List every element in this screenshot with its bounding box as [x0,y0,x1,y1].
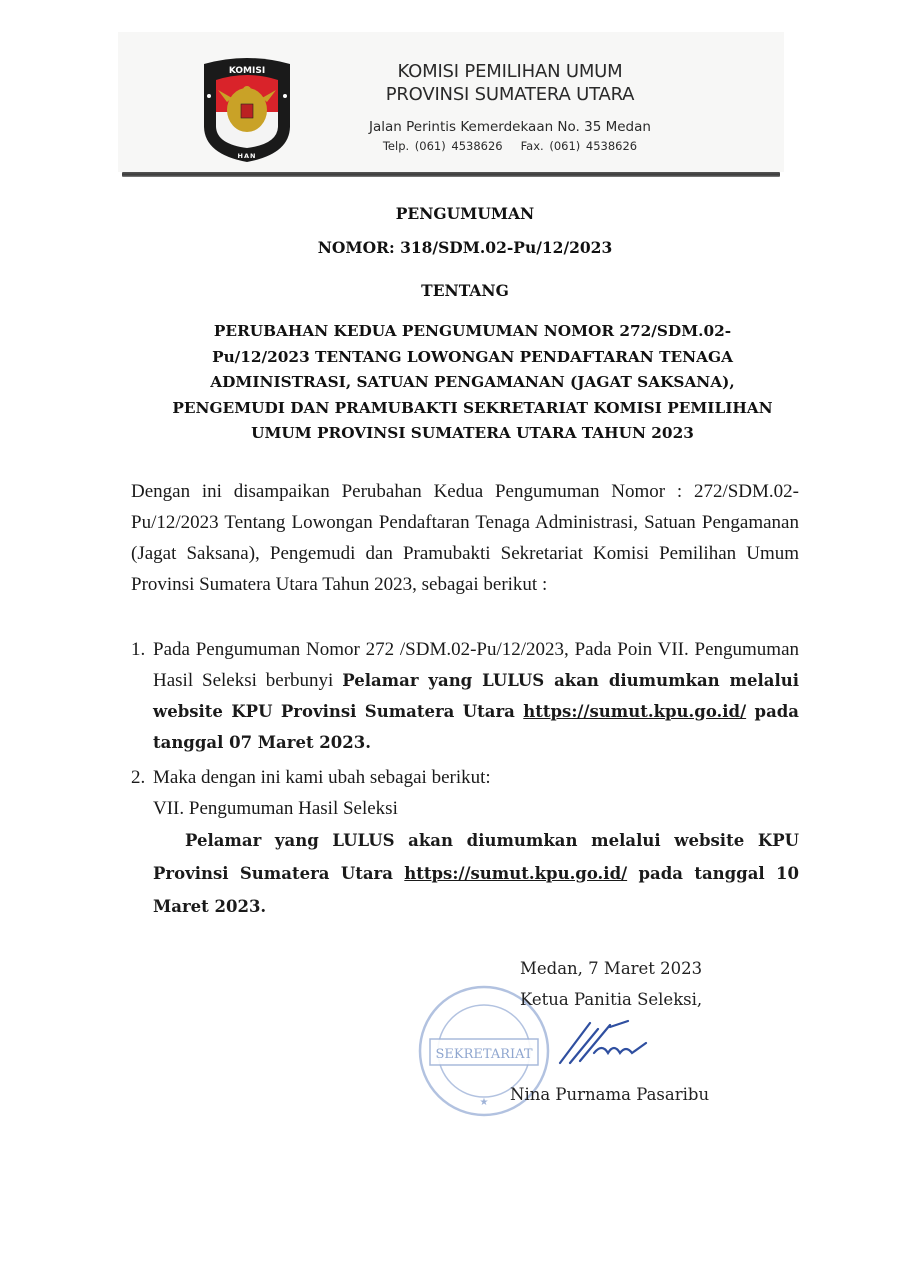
org-fax: Fax. (061) 4538626 [521,139,638,153]
org-name-line2: PROVINSI SUMATERA UTARA [340,83,680,106]
subject-line: ADMINISTRASI, SATUAN PENGAMANAN (JAGAT S… [140,370,805,396]
svg-text:★: ★ [480,1097,489,1108]
subject-line: Pu/12/2023 TENTANG LOWONGAN PENDAFTARAN … [140,345,805,371]
announcement-about: TENTANG [120,281,810,300]
amendment-list: 1. Pada Pengumuman Nomor 272 /SDM.02-Pu/… [131,634,799,923]
list-number: 2. [131,762,145,793]
subject-line: PENGEMUDI DAN PRAMUBAKTI SEKRETARIAT KOM… [140,396,805,422]
document-page: KOMISI HAN KOMISI PEMILIHAN UMUM PROVINS… [0,0,905,1280]
list-item-content: Pada Pengumuman Nomor 272 /SDM.02-Pu/12/… [153,634,799,758]
org-name-line1: KOMISI PEMILIHAN UMUM [340,60,680,83]
handwritten-signature-icon [550,1013,660,1073]
announcement-number: NOMOR: 318/SDM.02-Pu/12/2023 [120,238,810,257]
signature-place-date: Medan, 7 Maret 2023 [520,959,702,978]
organization-name: KOMISI PEMILIHAN UMUM PROVINSI SUMATERA … [340,60,680,106]
subject-line: PERUBAHAN KEDUA PENGUMUMAN NOMOR 272/SDM… [140,319,805,345]
subject-line: UMUM PROVINSI SUMATERA UTARA TAHUN 2023 [140,421,805,447]
org-address: Jalan Perintis Kemerdekaan No. 35 Medan [340,119,680,135]
signature-block: SEKRETARIAT ★ Medan, 7 Maret 2023 Ketua … [400,955,740,1145]
list-number: 1. [131,634,145,665]
kpu-website-link[interactable]: https://sumut.kpu.go.id/ [523,702,746,721]
intro-paragraph: Dengan ini disampaikan Perubahan Kedua P… [131,476,799,600]
svg-text:HAN: HAN [238,152,257,160]
signatory-role: Ketua Panitia Seleksi, [520,990,702,1009]
org-telephone: Telp. (061) 4538626 [383,139,503,153]
svg-text:KOMISI: KOMISI [229,66,265,76]
section-title: VII. Pengumuman Hasil Seleksi [153,793,799,824]
list-item: 1. Pada Pengumuman Nomor 272 /SDM.02-Pu/… [131,634,799,758]
org-contact: Telp. (061) 4538626Fax. (061) 4538626 [340,139,680,153]
announcement-subject: PERUBAHAN KEDUA PENGUMUMAN NOMOR 272/SDM… [140,319,805,447]
kpu-website-link[interactable]: https://sumut.kpu.go.id/ [404,864,627,883]
signatory-name: Nina Purnama Pasaribu [510,1085,709,1104]
letterhead-divider [122,172,780,177]
amended-text: Pelamar yang LULUS akan diumumkan melalu… [153,824,799,923]
svg-text:SEKRETARIAT: SEKRETARIAT [435,1047,532,1062]
list-item: 2. Maka dengan ini kami ubah sebagai ber… [131,762,799,923]
kpu-logo-icon: KOMISI HAN [198,54,296,164]
announcement-title: PENGUMUMAN [120,204,810,223]
item-text: Maka dengan ini kami ubah sebagai beriku… [153,762,799,793]
